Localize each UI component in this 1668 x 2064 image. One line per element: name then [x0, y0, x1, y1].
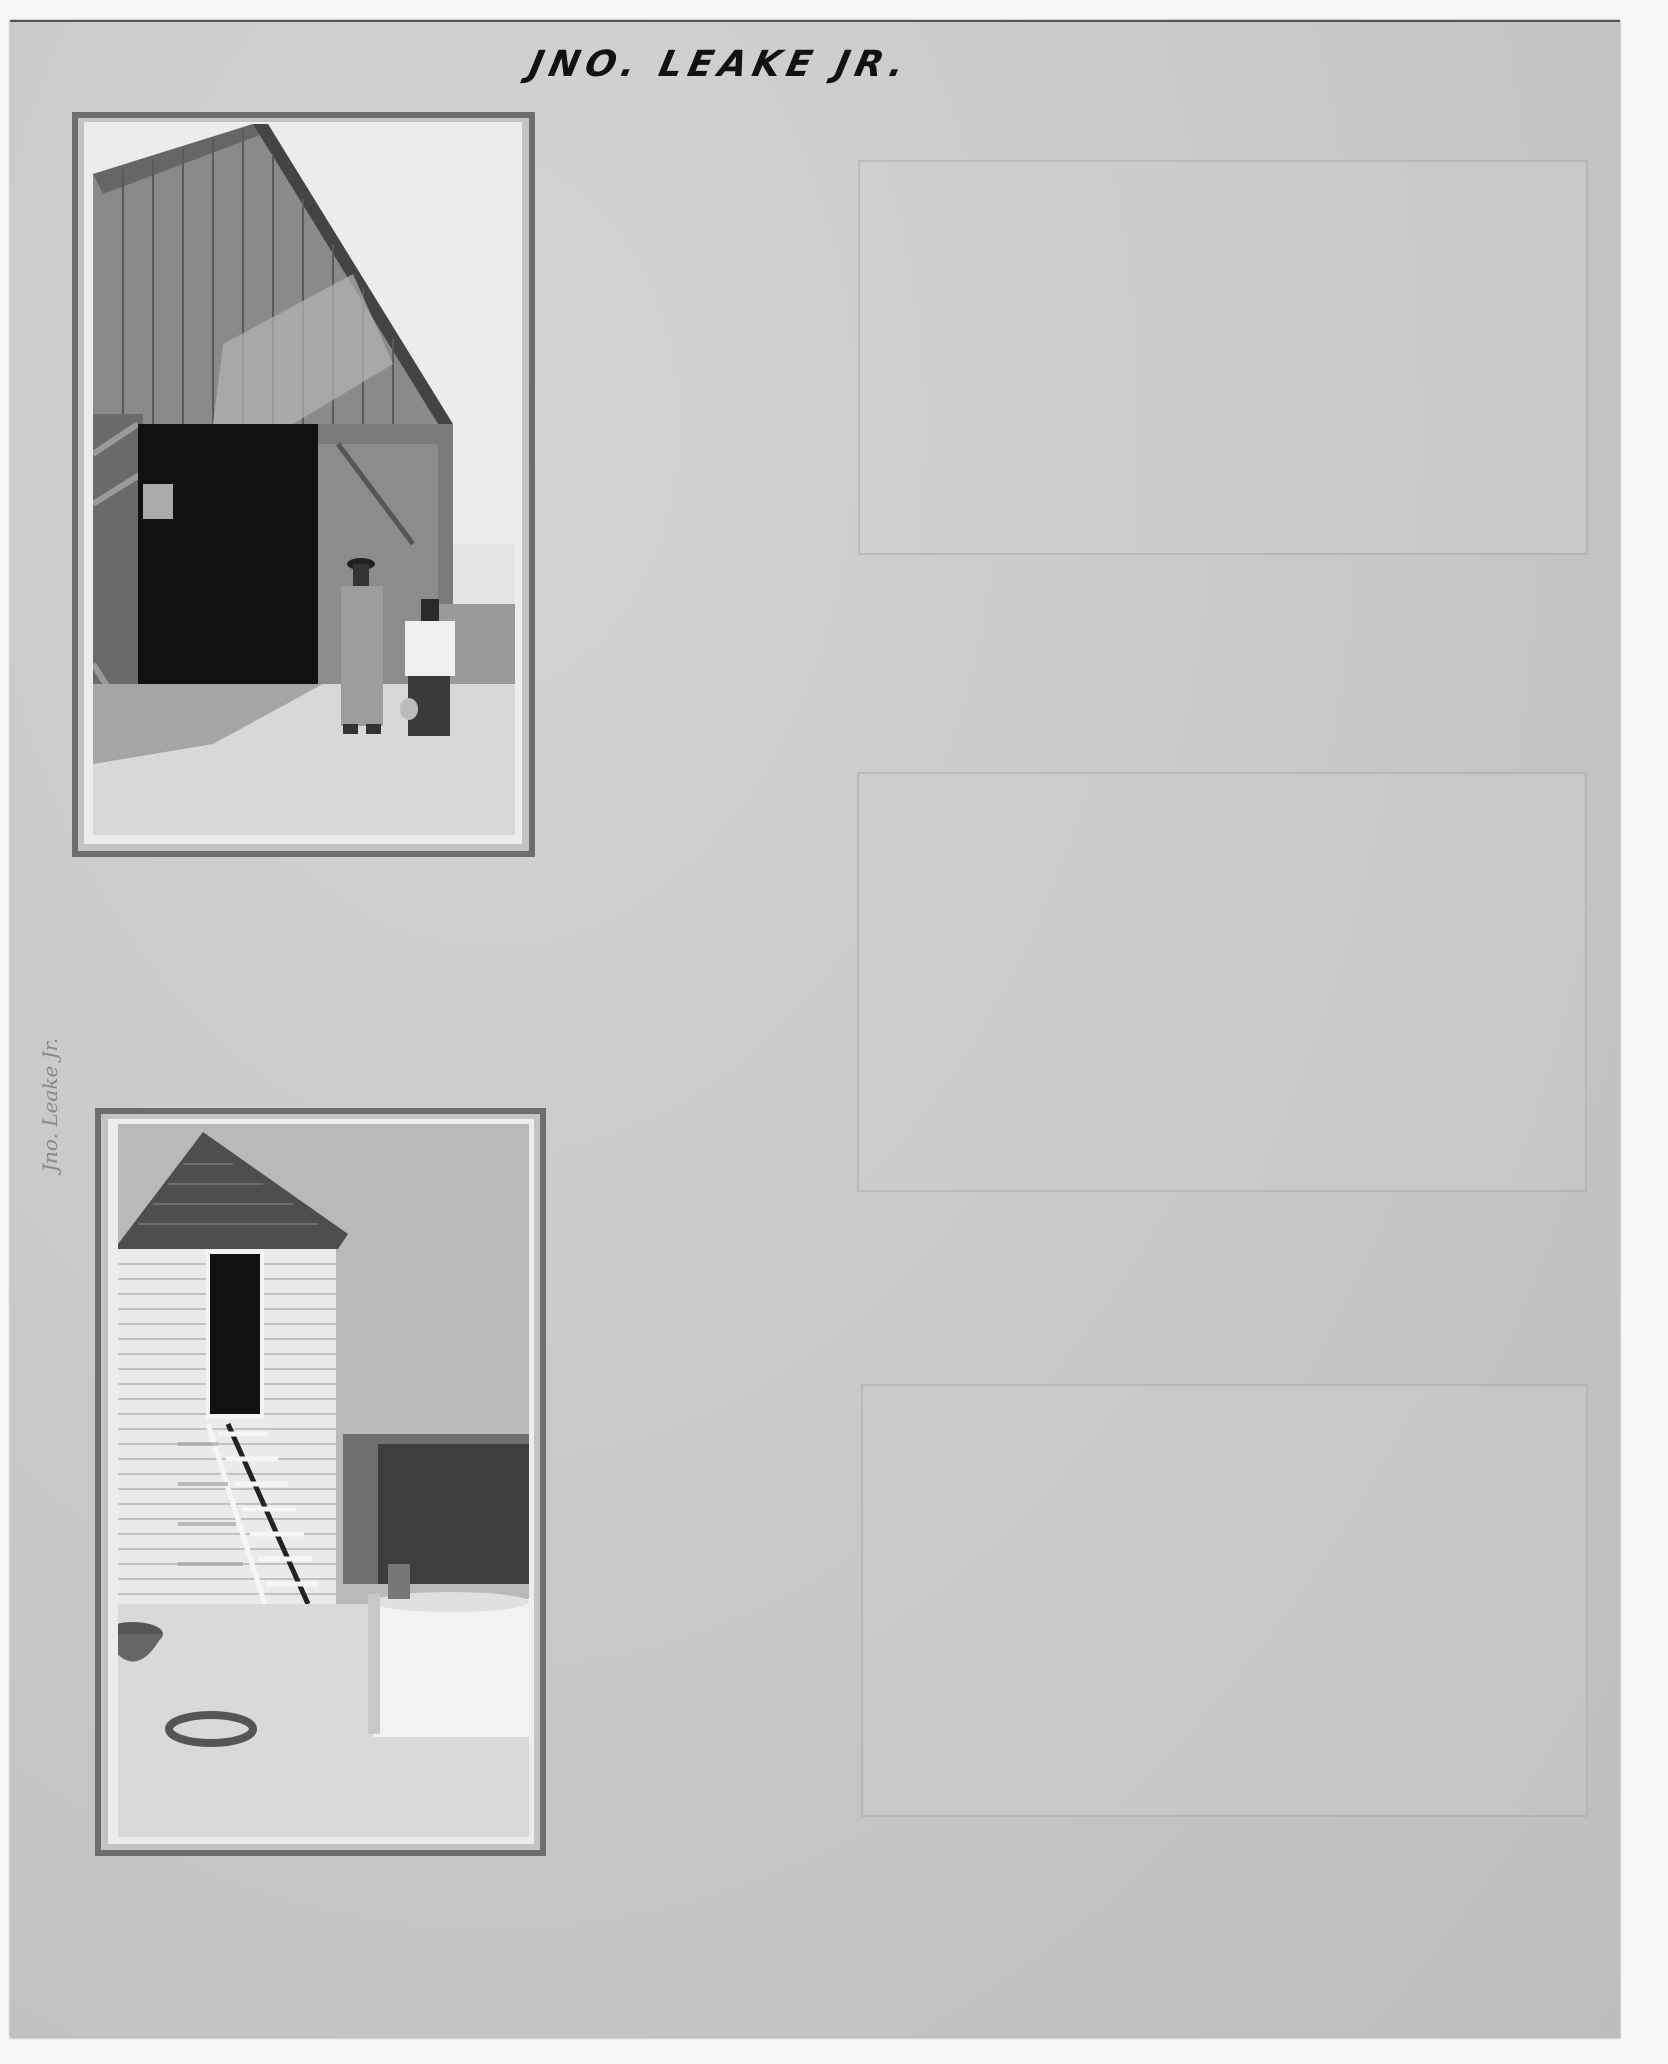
empty-mount-slot-2 — [857, 772, 1587, 1192]
album-page: JNO. LEAKE JR. Jno. Leake Jr. — [10, 20, 1620, 2038]
tank-house-photo — [118, 1124, 529, 1837]
barn-photo — [93, 124, 515, 835]
empty-mount-slot-1 — [858, 160, 1588, 555]
empty-mount-slot-3 — [861, 1384, 1588, 1817]
margin-note: Jno. Leake Jr. — [38, 1038, 62, 1172]
page-title: JNO. LEAKE JR. — [526, 44, 914, 85]
